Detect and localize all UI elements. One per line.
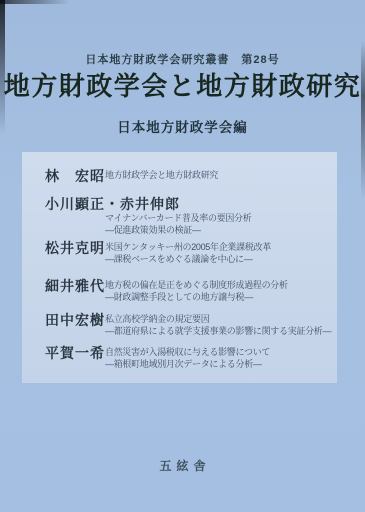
chapter-block: 自然災害が入湯税収に与える影響について ―箱根町地域別月次データによる分析― bbox=[105, 345, 331, 370]
author-name: 細井雅代 bbox=[45, 278, 105, 294]
author-row: 林 宏昭 地方財政学会と地方財政研究 bbox=[45, 168, 331, 182]
author-name: 小川顕正・赤井伸郎 bbox=[45, 196, 331, 212]
publisher-name: 五絃舎 bbox=[0, 457, 365, 474]
chapter-subtitle: ―課税ベースをめぐる議論を中心に― bbox=[105, 254, 331, 266]
book-cover: 日本地方財政学会研究叢書 第28号 地方財政学会と地方財政研究 日本地方財政学会… bbox=[0, 0, 365, 512]
chapter-block: 私立高校学納金の規定要因 ―都道府県による就学支援事業の影響に関する実証分析― bbox=[105, 312, 331, 337]
chapter-block: マイナンバーカード普及率の要因分析 ―促進政策効果の検証― bbox=[105, 213, 331, 236]
chapter-title: 米国ケンタッキー州の2005年企業課税改革 bbox=[105, 242, 331, 254]
chapter-title: 私立高校学納金の規定要因 bbox=[105, 314, 331, 326]
chapter-title: 地方税の偏在是正をめぐる制度形成過程の分析 bbox=[105, 280, 331, 292]
photo-edge-shadow-top bbox=[0, 0, 70, 4]
author-name: 林 宏昭 bbox=[45, 168, 105, 184]
author-name: 松井克明 bbox=[45, 240, 105, 256]
chapter-title: 自然災害が入湯税収に与える影響について bbox=[105, 347, 331, 359]
author-row: 田中宏樹 私立高校学納金の規定要因 ―都道府県による就学支援事業の影響に関する実… bbox=[45, 312, 331, 337]
contents-panel: 林 宏昭 地方財政学会と地方財政研究 小川顕正・赤井伸郎 マイナンバーカード普及… bbox=[22, 152, 337, 383]
chapter-block: 地方税の偏在是正をめぐる制度形成過程の分析 ―財政調整手段としての地方譲与税― bbox=[105, 278, 331, 303]
chapter-title: 地方財政学会と地方財政研究 bbox=[105, 170, 331, 182]
chapter-block: 米国ケンタッキー州の2005年企業課税改革 ―課税ベースをめぐる議論を中心に― bbox=[105, 240, 331, 265]
chapter-subtitle: ―財政調整手段としての地方譲与税― bbox=[105, 292, 331, 304]
author-row: 細井雅代 地方税の偏在是正をめぐる制度形成過程の分析 ―財政調整手段としての地方… bbox=[45, 278, 331, 303]
chapter-block: 地方財政学会と地方財政研究 bbox=[105, 168, 331, 182]
chapter-subtitle: ―都道府県による就学支援事業の影響に関する実証分析― bbox=[105, 326, 331, 338]
book-title: 地方財政学会と地方財政研究 bbox=[0, 66, 365, 103]
author-row: 松井克明 米国ケンタッキー州の2005年企業課税改革 ―課税ベースをめぐる議論を… bbox=[45, 240, 331, 265]
author-row: 平賀一希 自然災害が入湯税収に与える影響について ―箱根町地域別月次データによる… bbox=[45, 345, 331, 370]
chapter-subtitle: ―箱根町地域別月次データによる分析― bbox=[105, 359, 331, 371]
series-title: 日本地方財政学会研究叢書 第28号 bbox=[0, 51, 365, 67]
chapter-title: マイナンバーカード普及率の要因分析 bbox=[105, 213, 331, 225]
author-name: 田中宏樹 bbox=[45, 312, 105, 328]
chapter-subtitle: ―促進政策効果の検証― bbox=[105, 225, 331, 237]
editor-line: 日本地方財政学会編 bbox=[0, 116, 365, 136]
author-name: 平賀一希 bbox=[45, 345, 105, 361]
author-row: 小川顕正・赤井伸郎 マイナンバーカード普及率の要因分析 ―促進政策効果の検証― bbox=[45, 196, 331, 236]
